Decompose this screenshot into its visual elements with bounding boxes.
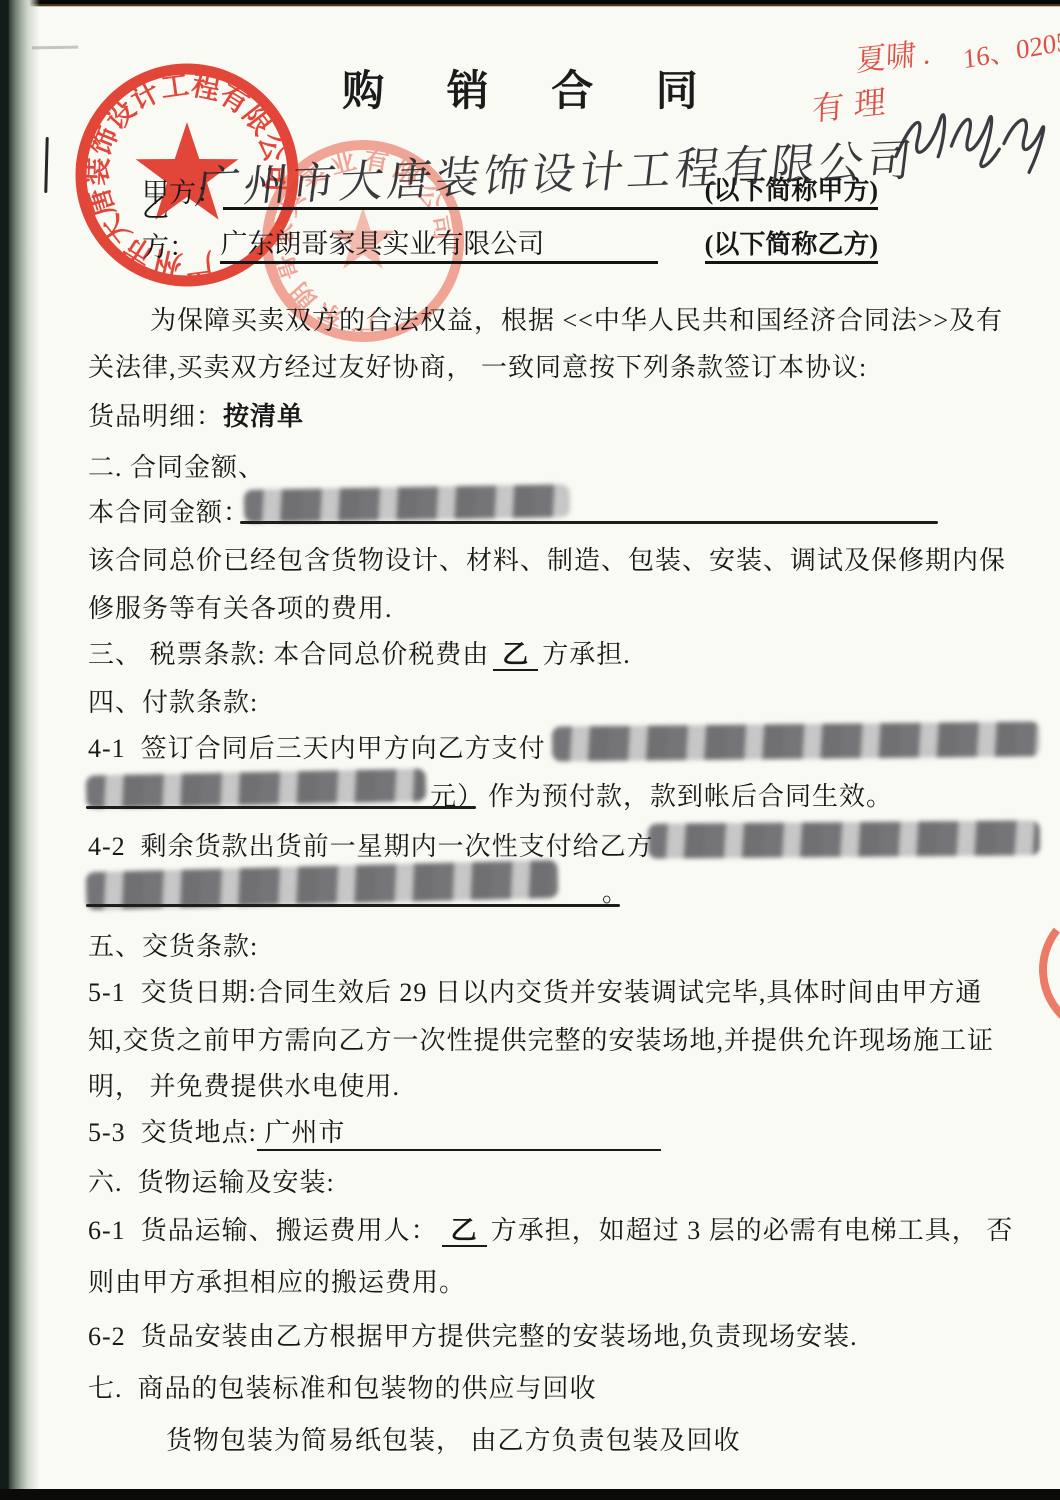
scan-edge-top xyxy=(0,0,1060,7)
delivery-place-value: 广州市 xyxy=(257,1112,661,1151)
contract-scan-page: 购 销 合 同 夏啸 . 16、0205 有理 广州市大唐装饰设计工程有限公司 xyxy=(0,0,1060,1500)
section3-party: 乙 xyxy=(493,640,538,671)
section2-body-1: 该合同总价已经包含货物设计、材料、制造、包装、安装、调试及保修期内保 xyxy=(88,540,1006,577)
clause-4-2-line-1: 4-2 剩余货款出货前一星期内一次性支付给乙方 xyxy=(88,826,654,863)
goods-detail-value: 按清单 xyxy=(223,402,304,431)
clause-5-3-label: 5-3 交货地点: xyxy=(88,1118,257,1147)
clause-4-2-underline xyxy=(86,904,620,907)
handwritten-red-note-name: 夏啸 . xyxy=(855,28,931,80)
contract-amount-label: 本合同金额： xyxy=(88,492,250,529)
redacted-contract-amount xyxy=(244,484,571,523)
intro-line-2: 关法律,买卖双方经过友好协商， 一致同意按下列条款签订本协议: xyxy=(88,347,867,384)
party-b-suffix: (以下简称乙方) xyxy=(705,224,878,264)
scan-mark-vertical xyxy=(44,137,48,193)
scan-edge-left xyxy=(0,0,40,1500)
goods-detail-label: 货品明细： xyxy=(88,402,223,431)
partial-seal-right-edge xyxy=(1032,896,1060,1043)
handwritten-red-note-number: 16、0205 xyxy=(961,19,1060,77)
redacted-prepayment-amount-2 xyxy=(86,768,427,808)
clause-5-1-line-3: 明， 并免费提供水电使用. xyxy=(88,1066,400,1103)
section2-title: 二. 合同金额、 xyxy=(88,447,265,484)
clause-4-1-line-1: 4-1 签订合同后三天内甲方向乙方支付 xyxy=(88,728,546,765)
clause-5-1-line-2: 知,交货之前甲方需向乙方一次性提供完整的安装场地,并提供允许现场施工证 xyxy=(88,1020,994,1057)
clause-6-1-line-2: 则由甲方承担相应的搬运费用。 xyxy=(88,1262,466,1299)
redacted-prepayment-amount-1 xyxy=(552,721,1040,761)
section3-suffix: 方承担. xyxy=(542,640,631,669)
clause-6-1-prefix: 6-1 货品运输、搬运费用人： xyxy=(88,1216,438,1245)
clause-6-1-line-1: 6-1 货品运输、搬运费用人：乙方承担，如超过 3 层的必需有电梯工具， 否 xyxy=(88,1210,1013,1247)
contract-amount-underline xyxy=(240,521,938,524)
section3-line: 三、 税票条款: 本合同总价税费由乙方承担. xyxy=(88,634,631,671)
clause-4-1-underline xyxy=(86,806,476,809)
section7-title: 七. 商品的包装标准和包装物的供应与回收 xyxy=(88,1368,597,1405)
clause-6-1-suffix: 方承担，如超过 3 层的必需有电梯工具， 否 xyxy=(491,1216,1014,1245)
section6-title: 六. 货物运输及安装: xyxy=(88,1162,335,1199)
clause-4-1-suffix: 作为预付款，款到帐后合同生效。 xyxy=(488,776,893,813)
clause-5-1-line-1: 5-1 交货日期:合同生效后 29 日以内交货并安装调试完毕,具体时间由甲方通 xyxy=(88,972,982,1009)
redacted-balance-amount-1 xyxy=(648,820,1040,858)
clause-5-3-line: 5-3 交货地点: 广州市 xyxy=(88,1112,661,1151)
goods-detail-line: 货品明细：按清单 xyxy=(88,396,304,433)
section2-body-2: 修服务等有关各项的费用. xyxy=(88,588,393,625)
section7-body: 货物包装为简易纸包装， 由乙方负责包装及回收 xyxy=(166,1420,741,1457)
party-b-row: 乙方： 广东朗哥家具实业有限公司 (以下简称乙方) xyxy=(142,226,878,264)
section5-title: 五、交货条款: xyxy=(88,926,258,963)
party-b-name: 广东朗哥家具实业有限公司 xyxy=(220,222,658,264)
clause-6-2-line: 6-2 货品安装由乙方根据甲方提供完整的安装场地,负责现场安装. xyxy=(88,1316,858,1353)
intro-line-1: 为保障买卖双方的合法权益，根据 <<中华人民共和国经济合同法>>及有 xyxy=(150,300,1003,337)
scan-edge-bottom xyxy=(0,1489,1060,1500)
clause-6-1-party: 乙 xyxy=(442,1216,487,1247)
clause-4-2-period: 。 xyxy=(602,872,629,909)
scan-mark-dash xyxy=(32,46,78,50)
redacted-balance-amount-2 xyxy=(86,860,559,910)
section3-prefix: 三、 税票条款: 本合同总价税费由 xyxy=(88,640,489,669)
section4-title: 四、付款条款: xyxy=(88,682,258,719)
party-b-label: 乙方： xyxy=(142,186,220,264)
